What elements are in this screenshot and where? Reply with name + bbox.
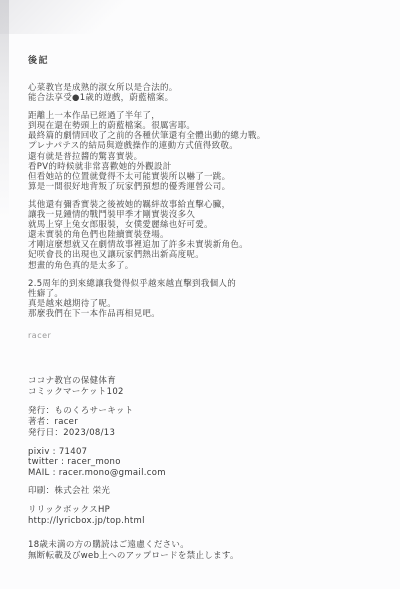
title-block: ココナ教官の保健体育 コミックマーケット102 bbox=[28, 376, 382, 398]
notices-block: 18歳未満の方の購読はご遠慮ください。 無断転載及びweb上へのアップロードを禁… bbox=[28, 540, 382, 562]
afterword-line: 但看她站的位置就覺得不太可能實裝所以嚇了一跳。 bbox=[28, 172, 382, 182]
publication-block: 発行：ものくろサーキット 著者：racer 発行日：2023/08/13 bbox=[28, 406, 382, 439]
afterword-line: 能合法享受●1歳的遊戲，蔚藍檔案。 bbox=[28, 93, 382, 103]
publisher-line: 発行：ものくろサーキット bbox=[28, 406, 382, 417]
afterword-line: 就馬上穿上兔女郎服裝，女僕愛麗絲也好可愛。 bbox=[28, 220, 382, 230]
event-name: コミックマーケット102 bbox=[28, 387, 382, 398]
pixiv-line: pixiv : 71407 bbox=[28, 447, 382, 458]
afterword-line: 性癖了。 bbox=[28, 289, 382, 299]
afterword-line: 妃咲會長的出現也又讓玩家們熱出新高度呢。 bbox=[28, 250, 382, 260]
author-signature: racer bbox=[28, 331, 382, 340]
afterword-line: 心菜教官是成熟的淑女所以是合法的。 bbox=[28, 83, 382, 93]
afterword-paragraph-2: 距離上一本作品已經過了半年了， 到現在還在勢頭上的蔚藍檔案。很厲害耶。 最終篇的… bbox=[28, 111, 382, 192]
afterword-paragraph-1: 心菜教官是成熟的淑女所以是合法的。 能合法享受●1歳的遊戲，蔚藍檔案。 bbox=[28, 83, 382, 103]
colophon: ココナ教官の保健体育 コミックマーケット102 発行：ものくろサーキット 著者：… bbox=[28, 376, 382, 562]
afterword-line: 其他還有彌香實裝之後被她的羈絆故事給直擊心臟， bbox=[28, 200, 382, 210]
afterword-line: 到現在還在勢頭上的蔚藍檔案。很厲害耶。 bbox=[28, 121, 382, 131]
afterword-line: 想畫的角色真的是太多了。 bbox=[28, 261, 382, 271]
afterword-line: 才剛這麼想就又在劇情故事裡追加了許多未實裝新角色。 bbox=[28, 240, 382, 250]
author-line: 著者：racer bbox=[28, 417, 382, 428]
mail-line: MAIL : racer.mono@gmail.com bbox=[28, 468, 382, 479]
afterword-line: プレナパテス的結局與遊戲操作的連動方式值得致敬。 bbox=[28, 141, 382, 151]
afterword-page: 後記 心菜教官是成熟的淑女所以是合法的。 能合法享受●1歳的遊戲，蔚藍檔案。 距… bbox=[0, 0, 400, 589]
afterword-line: 2.5周年的到來總讓我覺得似乎越來越直擊到我個人的 bbox=[28, 279, 382, 289]
afterword-line: 最終篇的劇情回收了之前的各種伏筆還有全體出動的總力戰。 bbox=[28, 131, 382, 141]
scan-shadow-top bbox=[0, 0, 150, 34]
printer-line: 印刷：株式会社 栄光 bbox=[28, 486, 382, 497]
afterword-line: 真是越來越期待了呢。 bbox=[28, 299, 382, 309]
afterword-line: 看PV的時候就非常喜歡她的外觀設計 bbox=[28, 162, 382, 172]
afterword-line: 還有就是普拉醬的驚喜實裝。 bbox=[28, 152, 382, 162]
afterword-line: 距離上一本作品已經過了半年了， bbox=[28, 111, 382, 121]
website-block: リリックボックスHP http://lyricbox.jp/top.html bbox=[28, 505, 382, 527]
contact-block: pixiv : 71407 twitter : racer_mono MAIL … bbox=[28, 447, 382, 480]
afterword-paragraph-3: 其他還有彌香實裝之後被她的羈絆故事給直擊心臟， 讓我一見鍾情的戰鬥裝甲季才剛實裝… bbox=[28, 200, 382, 271]
website-name: リリックボックスHP bbox=[28, 505, 382, 516]
twitter-line: twitter : racer_mono bbox=[28, 457, 382, 468]
no-repost-notice: 無断転載及びweb上へのアップロードを禁止します。 bbox=[28, 551, 382, 562]
afterword-line: 還未實裝的角色們也陸續實裝登場。 bbox=[28, 230, 382, 240]
publish-date-line: 発行日：2023/08/13 bbox=[28, 428, 382, 439]
afterword-line: 讓我一見鍾情的戰鬥裝甲季才剛實裝沒多久 bbox=[28, 210, 382, 220]
doujin-title: ココナ教官の保健体育 bbox=[28, 376, 382, 387]
printing-block: 印刷：株式会社 栄光 bbox=[28, 486, 382, 497]
website-url: http://lyricbox.jp/top.html bbox=[28, 516, 382, 527]
afterword-paragraph-4: 2.5周年的到來總讓我覺得似乎越來越直擊到我個人的 性癖了。 真是越來越期待了呢… bbox=[28, 279, 382, 319]
age-restriction-notice: 18歳未満の方の購読はご遠慮ください。 bbox=[28, 540, 382, 551]
afterword-heading: 後記 bbox=[28, 53, 382, 66]
scan-shadow-left bbox=[0, 0, 9, 230]
afterword-line: 那麼我們在下一本作品再相見吧。 bbox=[28, 309, 382, 319]
afterword-line: 算是一間很好地背叛了玩家們預想的優秀運營公司。 bbox=[28, 182, 382, 192]
